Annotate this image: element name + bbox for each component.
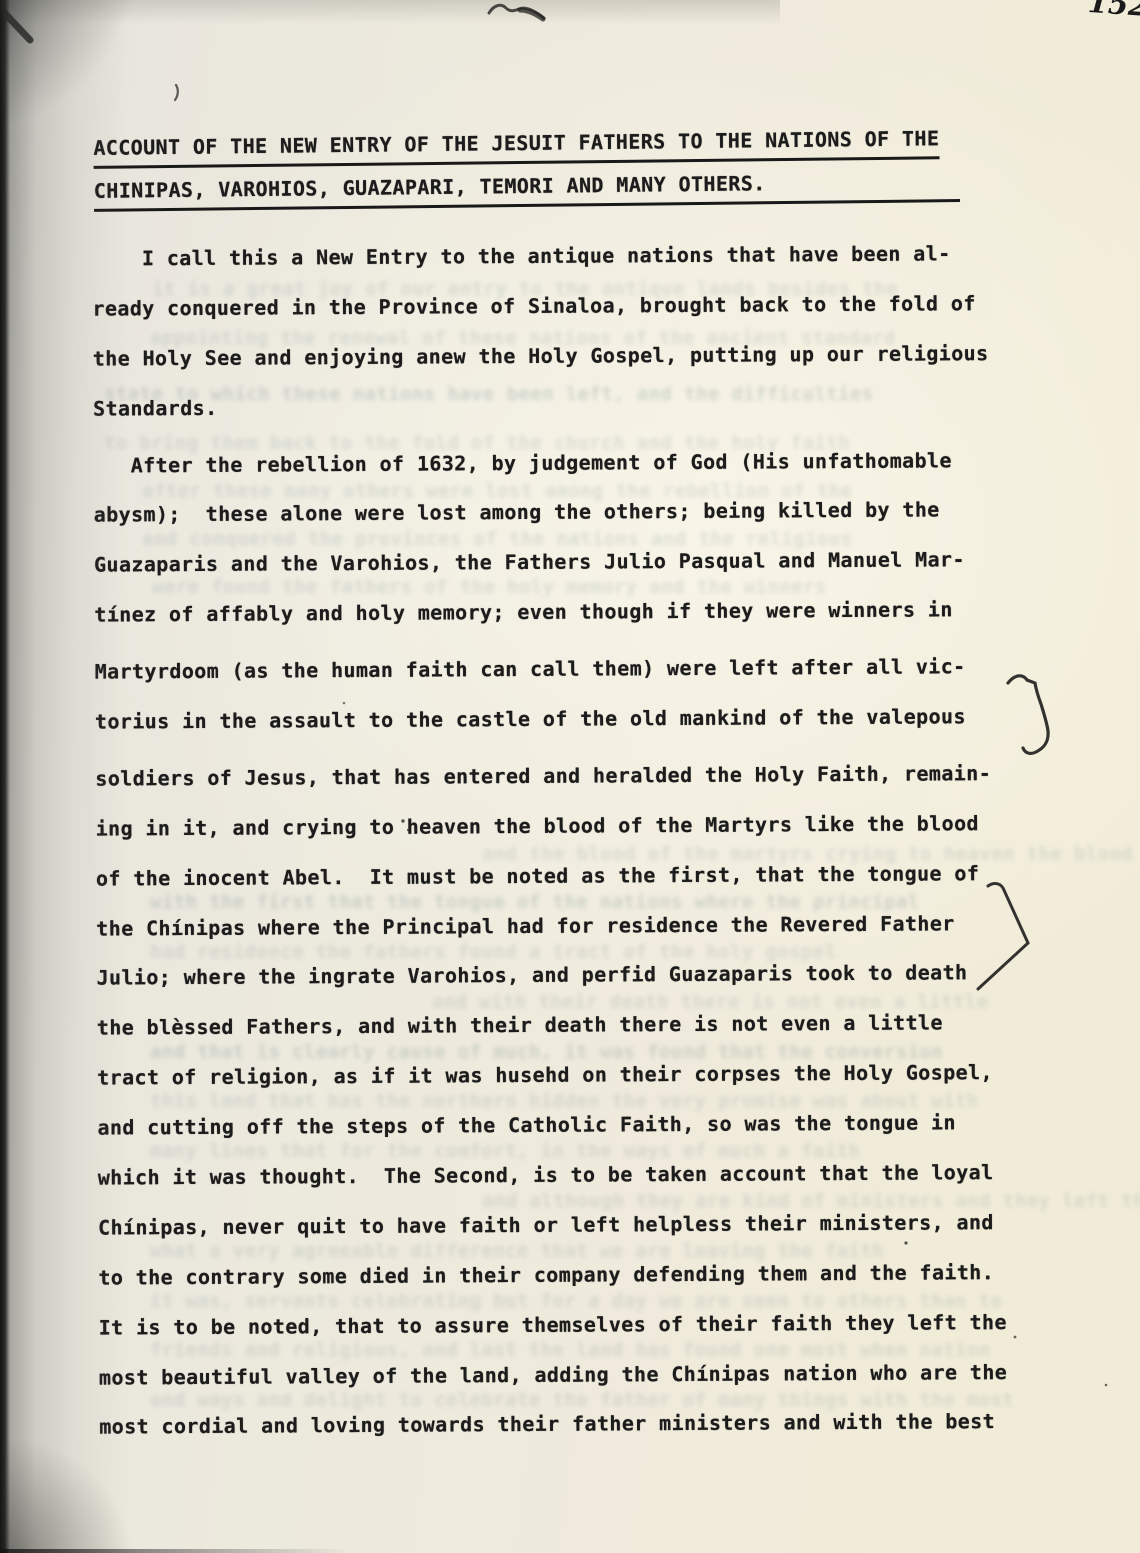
typewritten-document: ACCOUNT OF THE NEW ENTRY OF THE JESUIT F… [0, 0, 1140, 1553]
typewritten-line: which it was thought. The Second, is to … [98, 1160, 1006, 1215]
typewritten-line: Martyrdoom (as the human faith can call … [95, 654, 1003, 709]
typewritten-line: the blèssed Fathers, and with their deat… [97, 1010, 1005, 1065]
typewritten-line: the Chínipas where the Principal had for… [96, 911, 1004, 966]
typewritten-line: of the inocent Abel. It must be noted as… [96, 861, 1004, 916]
typewritten-line: Guazaparis and the Varohios, the Fathers… [94, 547, 1002, 602]
typewritten-line: tract of religion, as if it was husehd o… [97, 1060, 1005, 1115]
title-line-underlined: CHINIPAS, VAROHIOS, GUAZAPARI, TEMORI AN… [94, 169, 960, 212]
document-body: I call this a New Entry to the antique n… [92, 241, 1008, 1465]
typewritten-line: ing in it, and crying to heaven the bloo… [96, 811, 1004, 866]
title-line-underlined: ACCOUNT OF THE NEW ENTRY OF THE JESUIT F… [93, 126, 939, 169]
document-title: ACCOUNT OF THE NEW ENTRY OF THE JESUIT F… [93, 126, 960, 212]
typewritten-line: the Holy See and enjoying anew the Holy … [93, 341, 1001, 396]
typewritten-line: It is to be noted, that to assure themse… [99, 1310, 1007, 1365]
typewritten-line: and cutting off the steps of the Catholi… [97, 1110, 1005, 1165]
typewritten-line: to the contrary some died in their compa… [98, 1260, 1006, 1315]
typewritten-line: ready conquered in the Province of Sinal… [92, 291, 1000, 346]
typewritten-line: Standards. [93, 391, 1001, 446]
typewritten-line: Chínipas, never quit to have faith or le… [98, 1210, 1006, 1265]
typewritten-line: soldiers of Jesus, that has entered and … [95, 761, 1003, 816]
scanned-manuscript-page: it is a great joy of our entry to the an… [0, 0, 1140, 1553]
typewritten-line: abysm); these alone were lost among the … [94, 498, 1002, 553]
typewritten-line: Julio; where the ingrate Varohios, and p… [96, 961, 1004, 1016]
typewritten-line: After the rebellion of 1632, by judgemen… [93, 448, 1001, 503]
typewritten-line: most cordial and loving towards their fa… [99, 1410, 1007, 1465]
typewritten-line: torius in the assault to the castle of t… [95, 704, 1003, 759]
typewritten-line: tínez of affably and holy memory; even t… [94, 597, 1002, 652]
typewritten-line: most beautiful valley of the land, addin… [99, 1360, 1007, 1415]
typewritten-line: I call this a New Entry to the antique n… [92, 241, 1000, 296]
